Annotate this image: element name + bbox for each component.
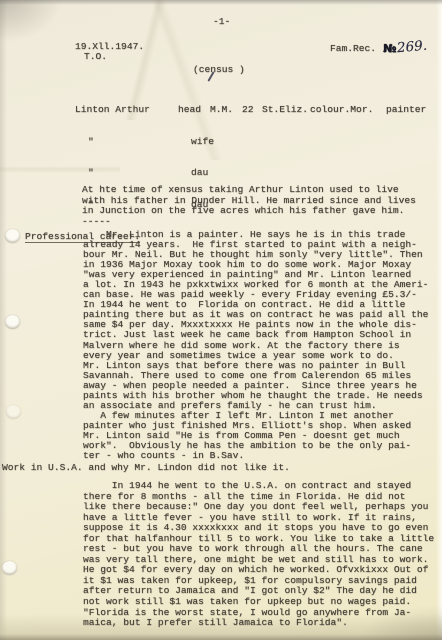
cell-name: ": [75, 137, 191, 148]
punch-hole: [2, 561, 17, 575]
family-record-label: Fam.Rec.: [330, 44, 376, 55]
cell-relation: wife: [191, 137, 223, 148]
table-row: Linton Arthur head M.M. 22 St.Eliz. colo…: [75, 105, 426, 116]
punch-hole: [6, 405, 21, 419]
section-heading-work-in-usa: Work in U.S.A. and why Mr. Lindon did no…: [2, 463, 290, 474]
handwritten-record-number: 269.: [396, 38, 427, 57]
cell-occupation: painter: [386, 105, 426, 116]
cell-relation: dau: [191, 168, 223, 179]
professional-career-paragraph: Mr. Linton is a painter. He says he is i…: [83, 230, 428, 461]
scanned-document-page: -1- 19.Xll.1947. T.O. Fam.Rec. № 269. (c…: [0, 0, 442, 640]
punch-hole: [5, 315, 20, 329]
table-row: " dau: [75, 168, 426, 179]
cell-parish: St.Eliz.: [262, 105, 310, 116]
cell-name: Linton Arthur: [75, 105, 178, 116]
number-sign-stamp: №: [383, 42, 396, 55]
cell-age: 22: [242, 105, 262, 116]
page-number: -1-: [213, 17, 230, 28]
work-in-usa-paragraph: In 1944 he went to the U.S.A. on contrac…: [83, 481, 434, 629]
table-row: " wife: [75, 137, 426, 148]
cell-relation: head: [178, 105, 210, 116]
typist-initials: T.O.: [84, 52, 107, 63]
cell-status: M.M.: [210, 105, 242, 116]
cell-colour: colour.Mor.: [310, 105, 386, 116]
census-label: (census ): [193, 65, 245, 76]
cell-name: ": [75, 168, 191, 179]
